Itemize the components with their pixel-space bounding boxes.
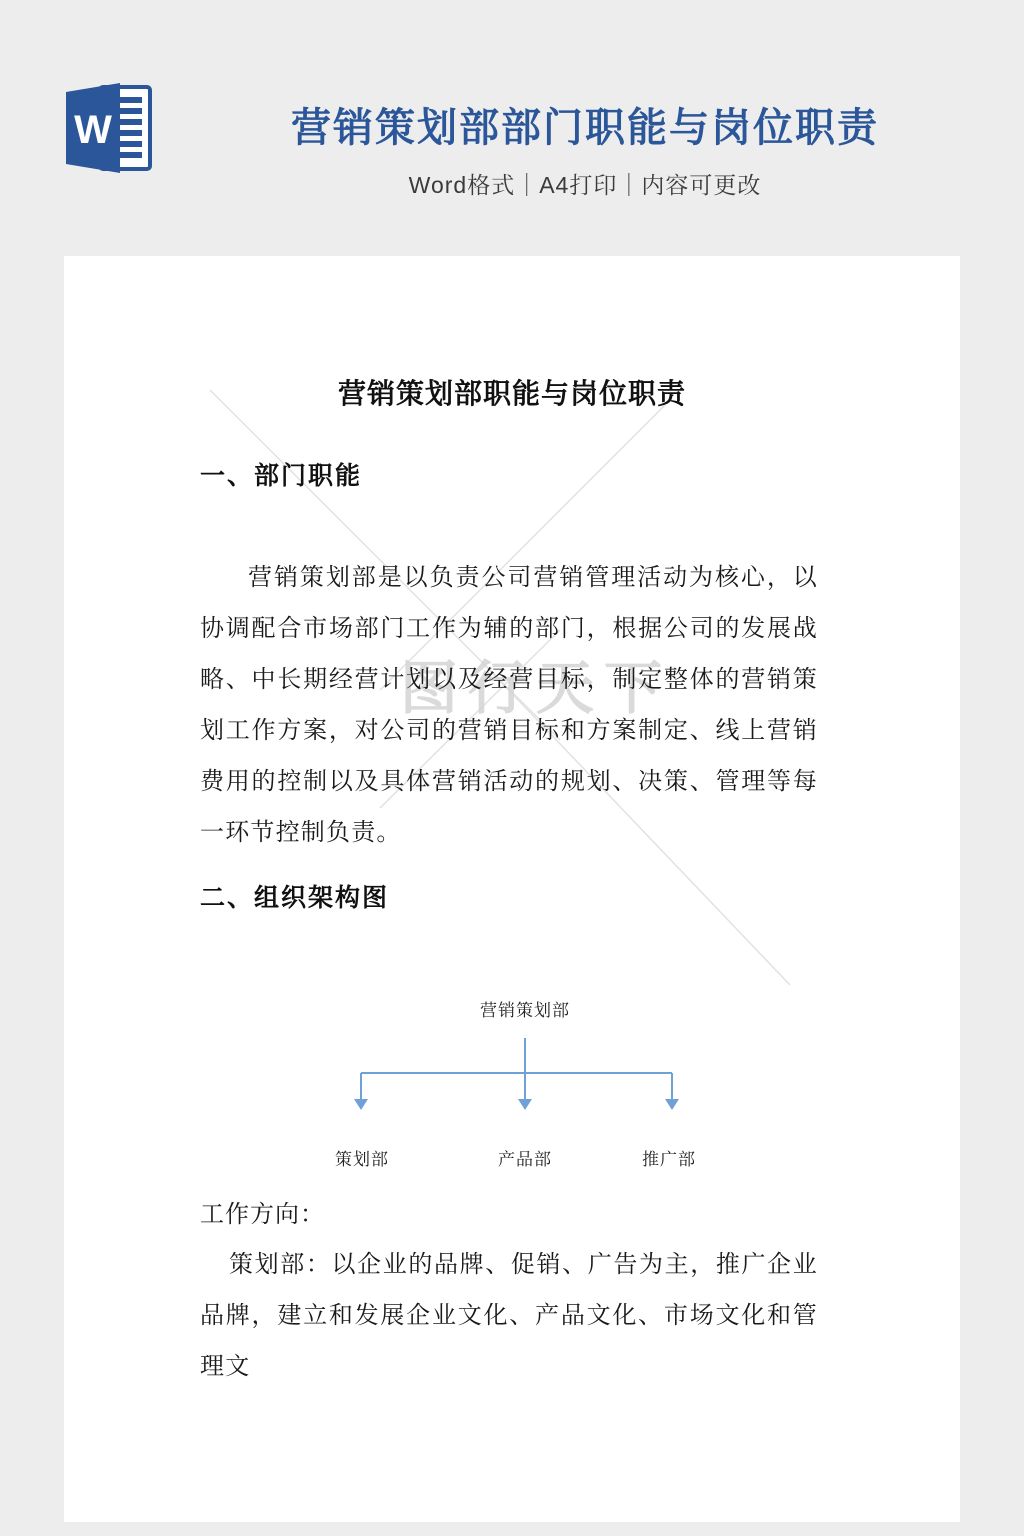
header-text: 营销策划部部门职能与岗位职责 Word格式｜A4打印｜内容可更改 (180, 96, 990, 200)
org-chart-arrowheads (354, 1099, 679, 1110)
org-chart-child-label: 策划部 (335, 1145, 389, 1170)
work-direction-label: 工作方向： (200, 1194, 325, 1229)
document-content: 营销策划部职能与岗位职责 一、部门职能 营销策划部是以负责公司营销管理活动为核心… (64, 256, 960, 1522)
document-page: 图行天下 营销策划部职能与岗位职责 一、部门职能 营销策划部是以负责公司营销管理… (64, 256, 960, 1522)
header: W 营销策划部部门职能与岗位职责 Word格式｜A4打印｜内容可更改 (0, 0, 1024, 256)
work-direction-paragraph: 策划部：以企业的品牌、促销、广告为主，推广企业品牌，建立和发展企业文化、产品文化… (200, 1239, 818, 1392)
word-icon: W (60, 80, 154, 176)
word-icon-letter: W (74, 108, 112, 152)
org-chart-child-label: 推广部 (642, 1145, 696, 1170)
org-chart-child-label: 产品部 (498, 1145, 552, 1170)
page-title: 营销策划部部门职能与岗位职责 (180, 96, 990, 153)
page-subtitle: Word格式｜A4打印｜内容可更改 (180, 167, 990, 200)
